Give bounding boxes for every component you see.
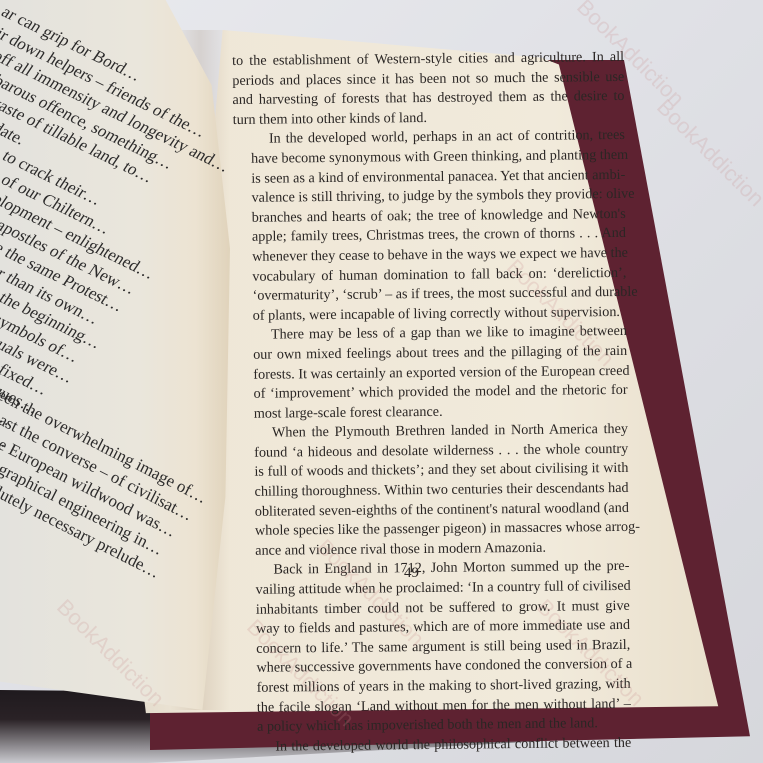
text-line: whole species like the passenger pigeon)…	[237, 518, 629, 542]
book-photo: …ar can grip for Bord… …eir down helpers…	[0, 0, 763, 763]
paragraph: When the Plymouth Brethren landed in Nor…	[236, 420, 629, 561]
right-page-text: to the establishment of Western-style ci…	[232, 48, 631, 757]
paragraph: In the developed world, perhaps in an ac…	[233, 126, 627, 326]
paragraph: Back in England in 1712, John Morton sum…	[237, 557, 631, 737]
text-line: of ‘improvement’ which provided the mode…	[235, 381, 627, 405]
text-line: In the developed world the philosophical…	[239, 734, 631, 758]
text-line: and harvesting of forests that has destr…	[232, 87, 624, 111]
paragraph: to the establishment of Western-style ci…	[232, 48, 625, 130]
page-number: 49	[404, 565, 419, 582]
watermark: BookAddiction	[651, 94, 763, 212]
paragraph: In the developed world the philosophical…	[239, 734, 631, 758]
paragraph: There may be less of a gap than we like …	[235, 322, 628, 424]
